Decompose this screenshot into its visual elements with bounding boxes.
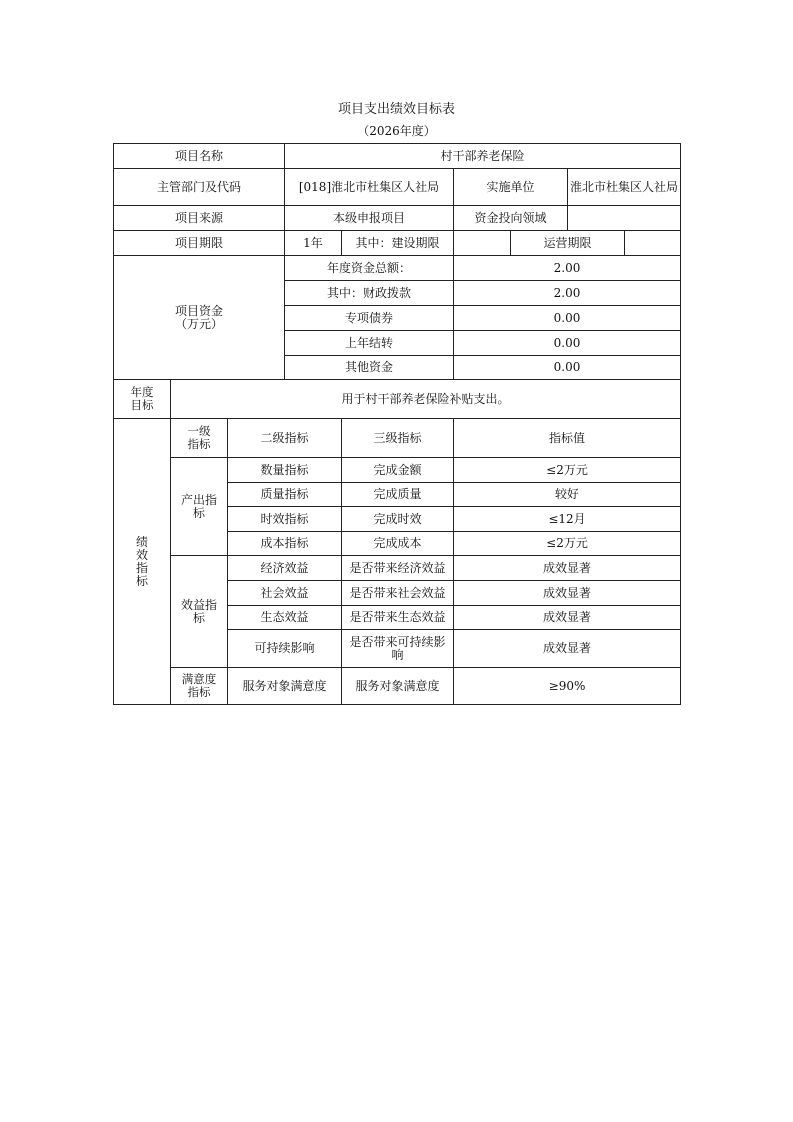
indicator-level3: 是否带来生态效益 [342, 606, 454, 630]
row-period: 项目期限 1年 其中：建设期限 运营期限 [114, 231, 681, 256]
operate-period-value [625, 231, 681, 256]
indicator-value: ≥90% [454, 668, 681, 705]
section-label-char: 指 [116, 562, 168, 575]
indicator-level2: 可持续影响 [228, 630, 342, 668]
funds-row-value: 2.00 [454, 281, 681, 306]
indicator-level2: 社会效益 [228, 581, 342, 606]
indicator-level2: 数量指标 [228, 458, 342, 483]
build-period-label: 其中：建设期限 [342, 231, 454, 256]
output-indicator-label: 产出指 标 [171, 458, 228, 556]
indicator-row: 效益指 标 经济效益 是否带来经济效益 成效显著 [114, 556, 681, 581]
indicator-value: ≤2万元 [454, 532, 681, 556]
indicator-value: 成效显著 [454, 556, 681, 581]
indicator-value: 成效显著 [454, 581, 681, 606]
annual-goal-label-line2: 目标 [116, 399, 168, 412]
indicator-level3: 完成时效 [342, 507, 454, 532]
header-level1: 一级 指标 [171, 419, 228, 458]
row-funds-total: 项目资金 （万元） 年度资金总额： 2.00 [114, 256, 681, 281]
satisfaction-indicator-label: 满意度 指标 [171, 668, 228, 705]
indicator-level3: 是否带来经济效益 [342, 556, 454, 581]
period-label: 项目期限 [114, 231, 285, 256]
indicator-level2: 时效指标 [228, 507, 342, 532]
indicator-level3: 是否带来可持续影响 [342, 630, 454, 668]
build-period-value [454, 231, 511, 256]
impl-unit-label: 实施单位 [454, 169, 568, 206]
benefit-label-line2: 标 [173, 612, 225, 625]
source-value: 本级申报项目 [285, 206, 454, 231]
section-label-char: 绩 [116, 536, 168, 549]
indicator-level3: 完成成本 [342, 532, 454, 556]
period-value: 1年 [285, 231, 342, 256]
benefit-indicator-label: 效益指 标 [171, 556, 228, 668]
row-department: 主管部门及代码 [018]淮北市杜集区人社局 实施单位 淮北市杜集区人社局 [114, 169, 681, 206]
funds-row-value: 2.00 [454, 256, 681, 281]
header-level2: 二级指标 [228, 419, 342, 458]
indicator-row: 满意度 指标 服务对象满意度 服务对象满意度 ≥90% [114, 668, 681, 705]
funds-row-value: 0.00 [454, 356, 681, 380]
row-source: 项目来源 本级申报项目 资金投向领域 [114, 206, 681, 231]
funds-row-label: 上年结转 [285, 331, 454, 356]
dept-value: [018]淮北市杜集区人社局 [285, 169, 454, 206]
project-name-value: 村干部养老保险 [285, 144, 681, 169]
indicator-value: 较好 [454, 483, 681, 507]
indicator-value: 成效显著 [454, 606, 681, 630]
indicator-level2: 经济效益 [228, 556, 342, 581]
indicator-level3: 完成金额 [342, 458, 454, 483]
source-label: 项目来源 [114, 206, 285, 231]
project-name-label: 项目名称 [114, 144, 285, 169]
row-indicator-header: 绩 效 指 标 一级 指标 二级指标 三级指标 指标值 [114, 419, 681, 458]
header-value: 指标值 [454, 419, 681, 458]
header-level3: 三级指标 [342, 419, 454, 458]
indicator-row: 产出指 标 数量指标 完成金额 ≤2万元 [114, 458, 681, 483]
indicator-level2: 服务对象满意度 [228, 668, 342, 705]
funds-row-label: 其中：财政拨款 [285, 281, 454, 306]
annual-goal-text: 用于村干部养老保险补贴支出。 [171, 380, 681, 419]
funds-row-value: 0.00 [454, 306, 681, 331]
header-level1-line2: 指标 [173, 438, 225, 451]
indicator-level3: 服务对象满意度 [342, 668, 454, 705]
indicator-level3: 完成质量 [342, 483, 454, 507]
row-project-name: 项目名称 村干部养老保险 [114, 144, 681, 169]
section-label-char: 效 [116, 549, 168, 562]
benefit-label-line1: 效益指 [173, 599, 225, 612]
section-label-char: 标 [116, 575, 168, 588]
indicator-value: 成效显著 [454, 630, 681, 668]
document-year: （2026年度） [0, 122, 793, 139]
indicator-level2: 质量指标 [228, 483, 342, 507]
dept-label: 主管部门及代码 [114, 169, 285, 206]
fund-direction-label: 资金投向领域 [454, 206, 568, 231]
satisfaction-label-line2: 指标 [173, 686, 225, 699]
funds-row-value: 0.00 [454, 331, 681, 356]
funds-label-line1: 项目资金 [116, 305, 282, 318]
funds-row-label: 专项债券 [285, 306, 454, 331]
funds-row-label: 其他资金 [285, 356, 454, 380]
performance-target-table: 项目名称 村干部养老保险 主管部门及代码 [018]淮北市杜集区人社局 实施单位… [113, 143, 681, 705]
indicator-level2: 生态效益 [228, 606, 342, 630]
impl-unit-value: 淮北市杜集区人社局 [568, 169, 681, 206]
annual-goal-label: 年度 目标 [114, 380, 171, 419]
indicator-level2: 成本指标 [228, 532, 342, 556]
row-annual-goal: 年度 目标 用于村干部养老保险补贴支出。 [114, 380, 681, 419]
funds-row-label: 年度资金总额： [285, 256, 454, 281]
funds-label-line2: （万元） [116, 318, 282, 331]
document-title: 项目支出绩效目标表 [0, 98, 793, 117]
indicator-value: ≤12月 [454, 507, 681, 532]
output-label-line1: 产出指 [173, 494, 225, 507]
indicator-level3: 是否带来社会效益 [342, 581, 454, 606]
indicator-value: ≤2万元 [454, 458, 681, 483]
fund-direction-value [568, 206, 681, 231]
funds-label: 项目资金 （万元） [114, 256, 285, 380]
operate-period-label: 运营期限 [511, 231, 625, 256]
indicators-section-label: 绩 效 指 标 [114, 419, 171, 705]
output-label-line2: 标 [173, 507, 225, 520]
